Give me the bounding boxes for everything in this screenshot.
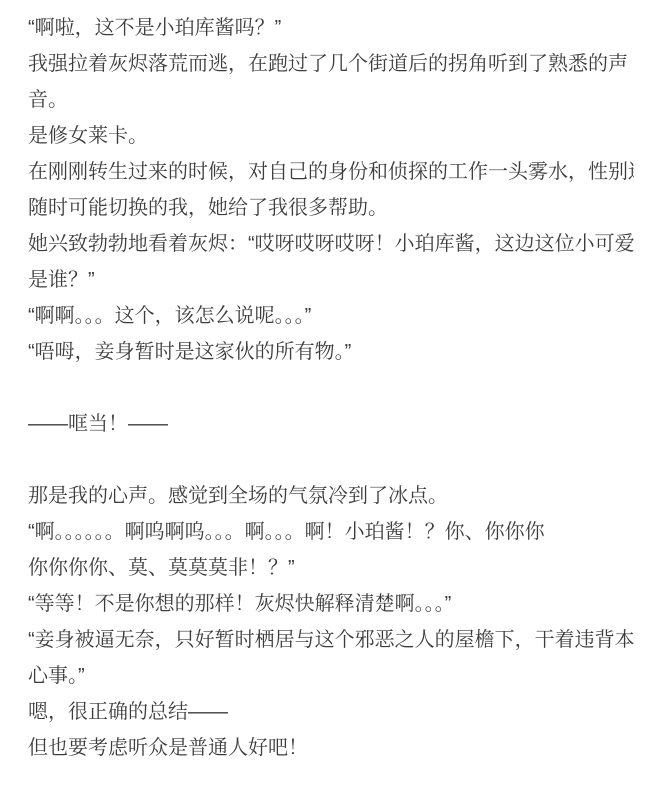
text-line: “啊啦，这不是小珀库酱吗？” [28, 10, 634, 46]
text-line [28, 370, 634, 406]
text-line: 随时可能切换的我，她给了我很多帮助。 [28, 190, 634, 226]
text-line: 是修女莱卡。 [28, 118, 634, 154]
novel-reader-page: “啊啦，这不是小珀库酱吗？”我强拉着灰烬落荒而逃，在跑过了几个街道后的拐角听到了… [0, 0, 660, 786]
text-line: 我强拉着灰烬落荒而逃，在跑过了几个街道后的拐角听到了熟悉的声 [28, 46, 634, 82]
text-line: 在刚刚转生过来的时候，对自己的身份和侦探的工作一头雾水，性别还 [28, 154, 634, 190]
text-line: ——哐当！—— [28, 406, 634, 442]
text-line: 但也要考虑听众是普通人好吧！ [28, 730, 634, 766]
text-line: “唔呣，妾身暂时是这家伙的所有物。” [28, 334, 634, 370]
text-line: “啊。。。。。。啊呜啊呜。。。啊。。。啊！小珀酱！？你、你你你 [28, 514, 634, 550]
text-line: “妾身被逼无奈，只好暂时栖居与这个邪恶之人的屋檐下，干着违背本 [28, 622, 634, 658]
text-line: 那是我的心声。感觉到全场的气氛冷到了冰点。 [28, 478, 634, 514]
text-line: 音。 [28, 82, 634, 118]
text-line [28, 442, 634, 478]
text-line: 是谁？” [28, 262, 634, 298]
text-line: 你你你你、莫、莫莫莫非！？” [28, 550, 634, 586]
text-line: 她兴致勃勃地看着灰烬：“哎呀哎呀哎呀！小珀库酱，这边这位小可爱 [28, 226, 634, 262]
text-line: “啊啊。。。这个，该怎么说呢。。。” [28, 298, 634, 334]
text-line: 嗯，很正确的总结—— [28, 694, 634, 730]
novel-text-body: “啊啦，这不是小珀库酱吗？”我强拉着灰烬落荒而逃，在跑过了几个街道后的拐角听到了… [0, 0, 660, 766]
text-line: 心事。” [28, 658, 634, 694]
text-line: “等等！不是你想的那样！灰烬快解释清楚啊。。。” [28, 586, 634, 622]
